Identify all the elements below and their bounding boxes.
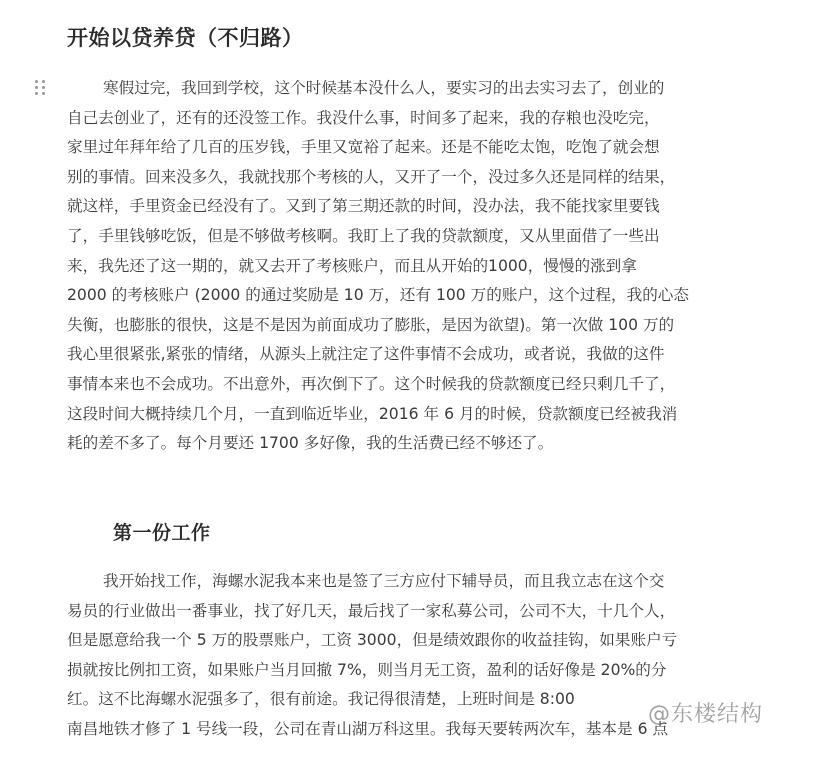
paragraph-loan-cycle: 寒假过完，我回到学校，这个时候基本没什么人，要实习的出去实习去了，创业的 自己去… [67,74,757,459]
drag-dot [42,92,45,95]
section-heading-first-job: 第一份工作 [113,518,211,545]
text-line: 2000 的考核账户 (2000 的通过奖励是 10 万，还有 100 万的账户… [67,281,757,311]
text-line: 易员的行业做出一番事业，找了好几天，最后找了一家私募公司，公司不大，十几个人， [67,597,757,627]
text-line: 来，我先还了这一期的，就又去开了考核账户，而且从开始的1000，慢慢的涨到拿 [67,252,757,282]
text-line: 事情本来也不会成功。不出意外，再次倒下了。这个时候我的贷款额度已经只剩几千了， [67,370,757,400]
drag-dot [35,86,38,89]
section-heading-loan-cycle: 开始以贷养贷（不归路） [67,22,304,52]
text-line: 损就按比例扣工资，如果账户当月回撤 7%，则当月无工资，盈利的话好像是 20%的… [67,656,757,686]
text-line: 红。这不比海螺水泥强多了，很有前途。我记得很清楚，上班时间是 8:00 [67,685,757,715]
text-line: 了，手里钱够吃饭，但是不够做考核啊。我盯上了我的贷款额度，又从里面借了一些出 [67,222,757,252]
paragraph-first-job: 我开始找工作，海螺水泥我本来也是签了三方应付下辅导员，而且我立志在这个交 易员的… [67,567,757,745]
text-line: 我心里很紧张,紧张的情绪，从源头上就注定了这件事情不会成功，或者说，我做的这件 [67,340,757,370]
text-line: 寒假过完，我回到学校，这个时候基本没什么人，要实习的出去实习去了，创业的 [67,74,757,104]
drag-dot [35,92,38,95]
text-line: 但是愿意给我一个 5 万的股票账户，工资 3000，但是绩效跟你的收益挂钩，如果… [67,626,757,656]
text-line: 失衡，也膨胀的很快，这是不是因为前面成功了膨胀，是因为欲望)。第一次做 100 … [67,311,757,341]
text-line: 自己去创业了，还有的还没签工作。我没什么事，时间多了起来，我的存粮也没吃完， [67,104,757,134]
drag-handle-icon[interactable] [35,80,45,96]
drag-dot [42,80,45,83]
drag-dot [42,86,45,89]
drag-dot [35,80,38,83]
text-line: 我开始找工作，海螺水泥我本来也是签了三方应付下辅导员，而且我立志在这个交 [67,567,757,597]
text-line: 就这样，手里资金已经没有了。又到了第三期还款的时间，没办法，我不能找家里要钱 [67,192,757,222]
text-line: 南昌地铁才修了 1 号线一段，公司在青山湖万科这里。我每天要转两次车，基本是 6… [67,715,757,745]
text-line: 家里过年拜年给了几百的压岁钱，手里又宽裕了起来。还是不能吃太饱，吃饱了就会想 [67,133,757,163]
text-line: 别的事情。回来没多久，我就找那个考核的人，又开了一个，没过多久还是同样的结果， [67,163,757,193]
text-line: 耗的差不多了。每个月要还 1700 多好像，我的生活费已经不够还了。 [67,429,757,459]
text-line: 这段时间大概持续几个月，一直到临近毕业，2016 年 6 月的时候，贷款额度已经… [67,400,757,430]
